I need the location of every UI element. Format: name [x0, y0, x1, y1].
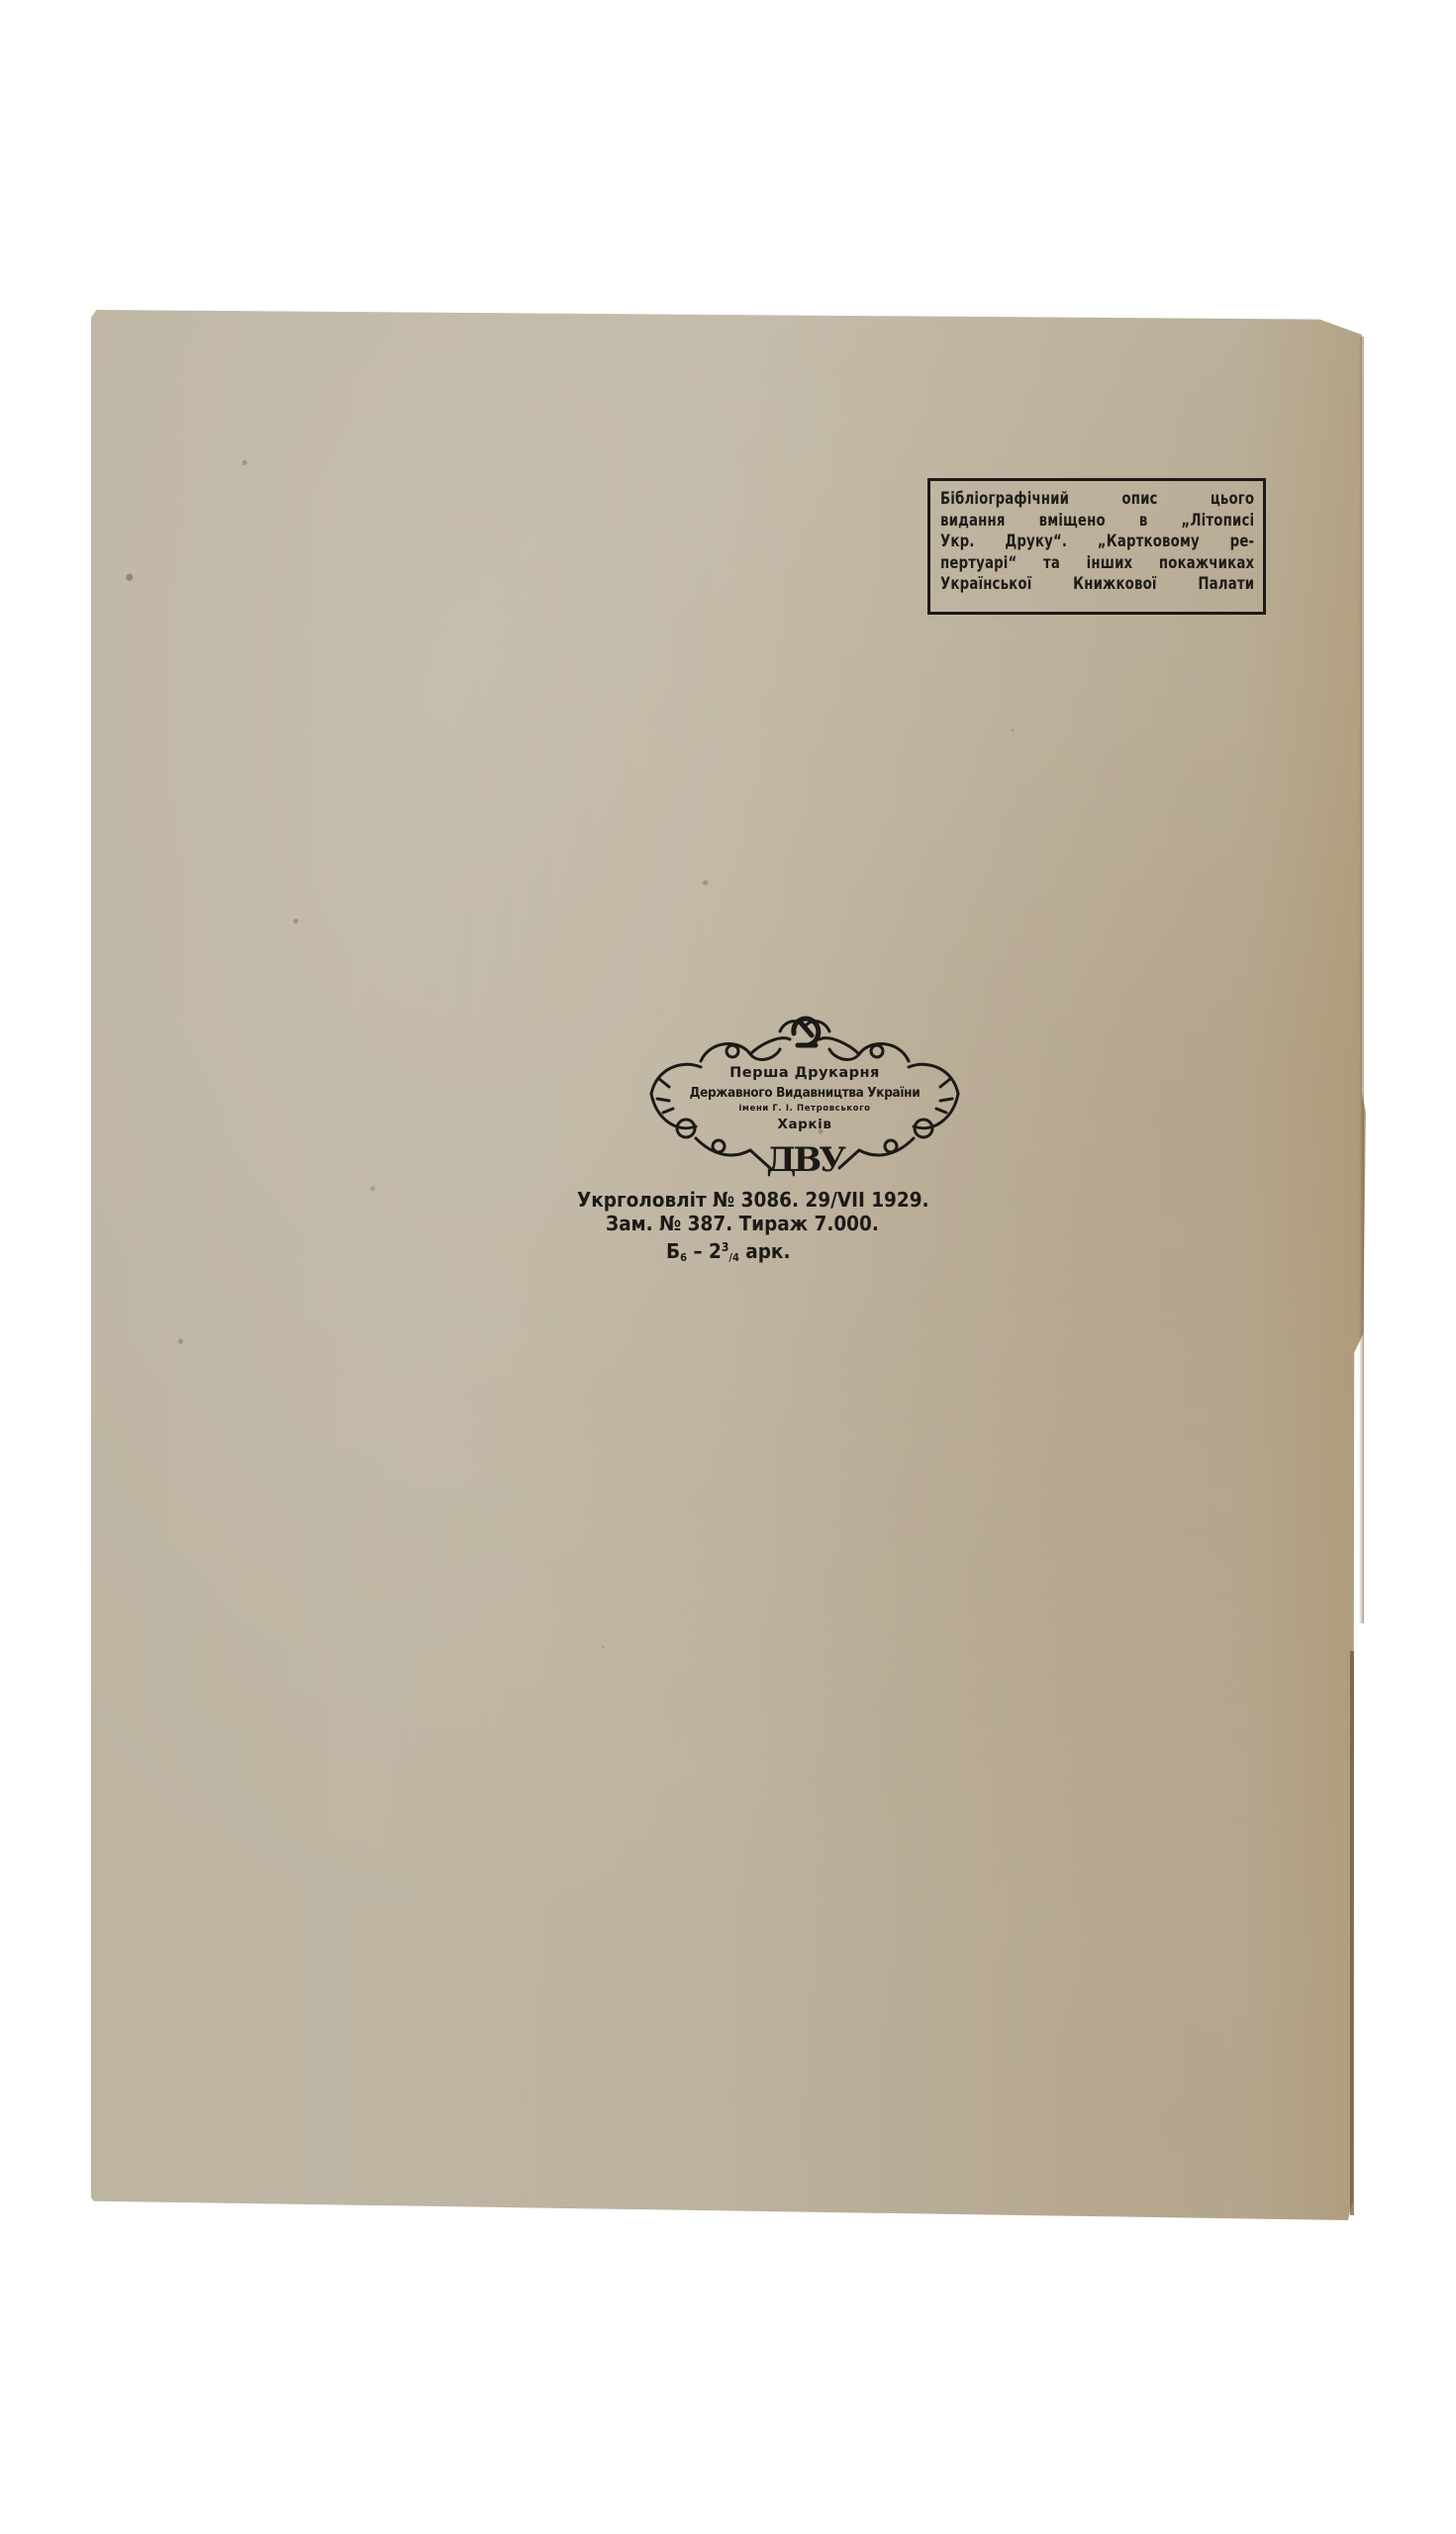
biblio-line: Укр. Друку“. „Картковому ре-	[940, 532, 1254, 553]
format-dash: – 2	[687, 1239, 722, 1263]
sheets-fraction-den: /4	[728, 1251, 739, 1264]
imprint-city: Харків	[641, 1117, 968, 1132]
format-letter: Б	[666, 1239, 680, 1263]
biblio-line: Бібліографічний опис цього	[940, 489, 1254, 511]
imprint-line-2: Державного Видавництва України	[658, 1085, 952, 1101]
imprint-line-3: імени Г. І. Петровського	[641, 1104, 968, 1114]
biblio-line: видання вміщено в „Літописі	[940, 511, 1254, 533]
sheets-unit: арк.	[739, 1239, 791, 1263]
imprint-line-1: Перша Друкарня	[641, 1065, 968, 1081]
page-edge-shadow-lower	[1350, 1651, 1354, 2215]
censorship-line: Укрголовліт № 3086. 29/VII 1929.	[569, 1188, 985, 1212]
publisher-logo: ДВУ	[641, 1140, 968, 1180]
colophon: Укрголовліт № 3086. 29/VII 1929. Зам. № …	[569, 1188, 985, 1270]
hammer-sickle-icon	[794, 1019, 819, 1045]
printer-imprint-stamp: Перша Друкарня Державного Видавництва Ук…	[641, 1010, 968, 1178]
page-edge-shadow	[1359, 337, 1364, 1623]
print-run-line: Зам. № 387. Тираж 7.000.	[569, 1212, 985, 1235]
biblio-line: пертуарі“ та інших покажчиках	[940, 553, 1254, 575]
format-line: Б6 – 23/4 арк.	[569, 1235, 985, 1270]
bibliographic-notice-box: Бібліографічний опис цього видання вміще…	[927, 478, 1266, 615]
format-subscript: 6	[680, 1251, 687, 1264]
biblio-line: Української Книжкової Палати	[940, 574, 1254, 596]
